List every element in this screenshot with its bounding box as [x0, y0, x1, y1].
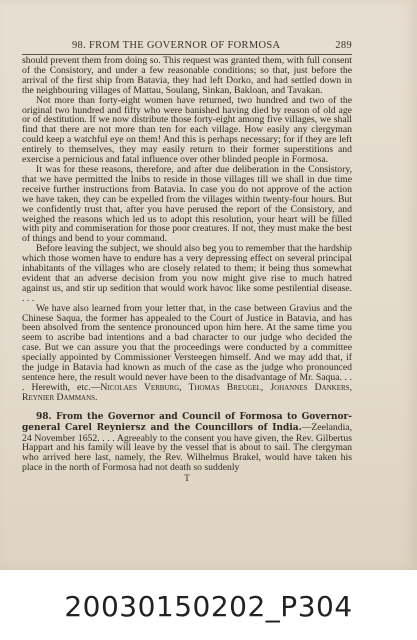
page-body: should prevent them from doing so. This …	[22, 56, 352, 484]
paragraph: Before leaving the subject, we should al…	[22, 244, 352, 303]
book-page: 98. FROM THE GOVERNOR OF FORMOSA 289 sho…	[0, 0, 417, 570]
paragraph: It was for these reasons, therefore, and…	[22, 165, 352, 244]
document-entry: 98. From the Governor and Council of For…	[22, 412, 352, 473]
paragraph: We have also learned from your letter th…	[22, 304, 352, 403]
signature-mark: T	[22, 474, 352, 484]
header-title: 98. FROM THE GOVERNOR OF FORMOSA	[72, 40, 280, 51]
page-number: 289	[335, 40, 352, 51]
paragraph: Not more than forty-eight women have ret…	[22, 96, 352, 165]
image-caption: 20030150202_P304	[0, 590, 417, 623]
paragraph-text: We have also learned from your letter th…	[22, 303, 352, 393]
paragraph: should prevent them from doing so. This …	[22, 56, 352, 96]
running-header: 98. FROM THE GOVERNOR OF FORMOSA 289	[22, 40, 352, 54]
